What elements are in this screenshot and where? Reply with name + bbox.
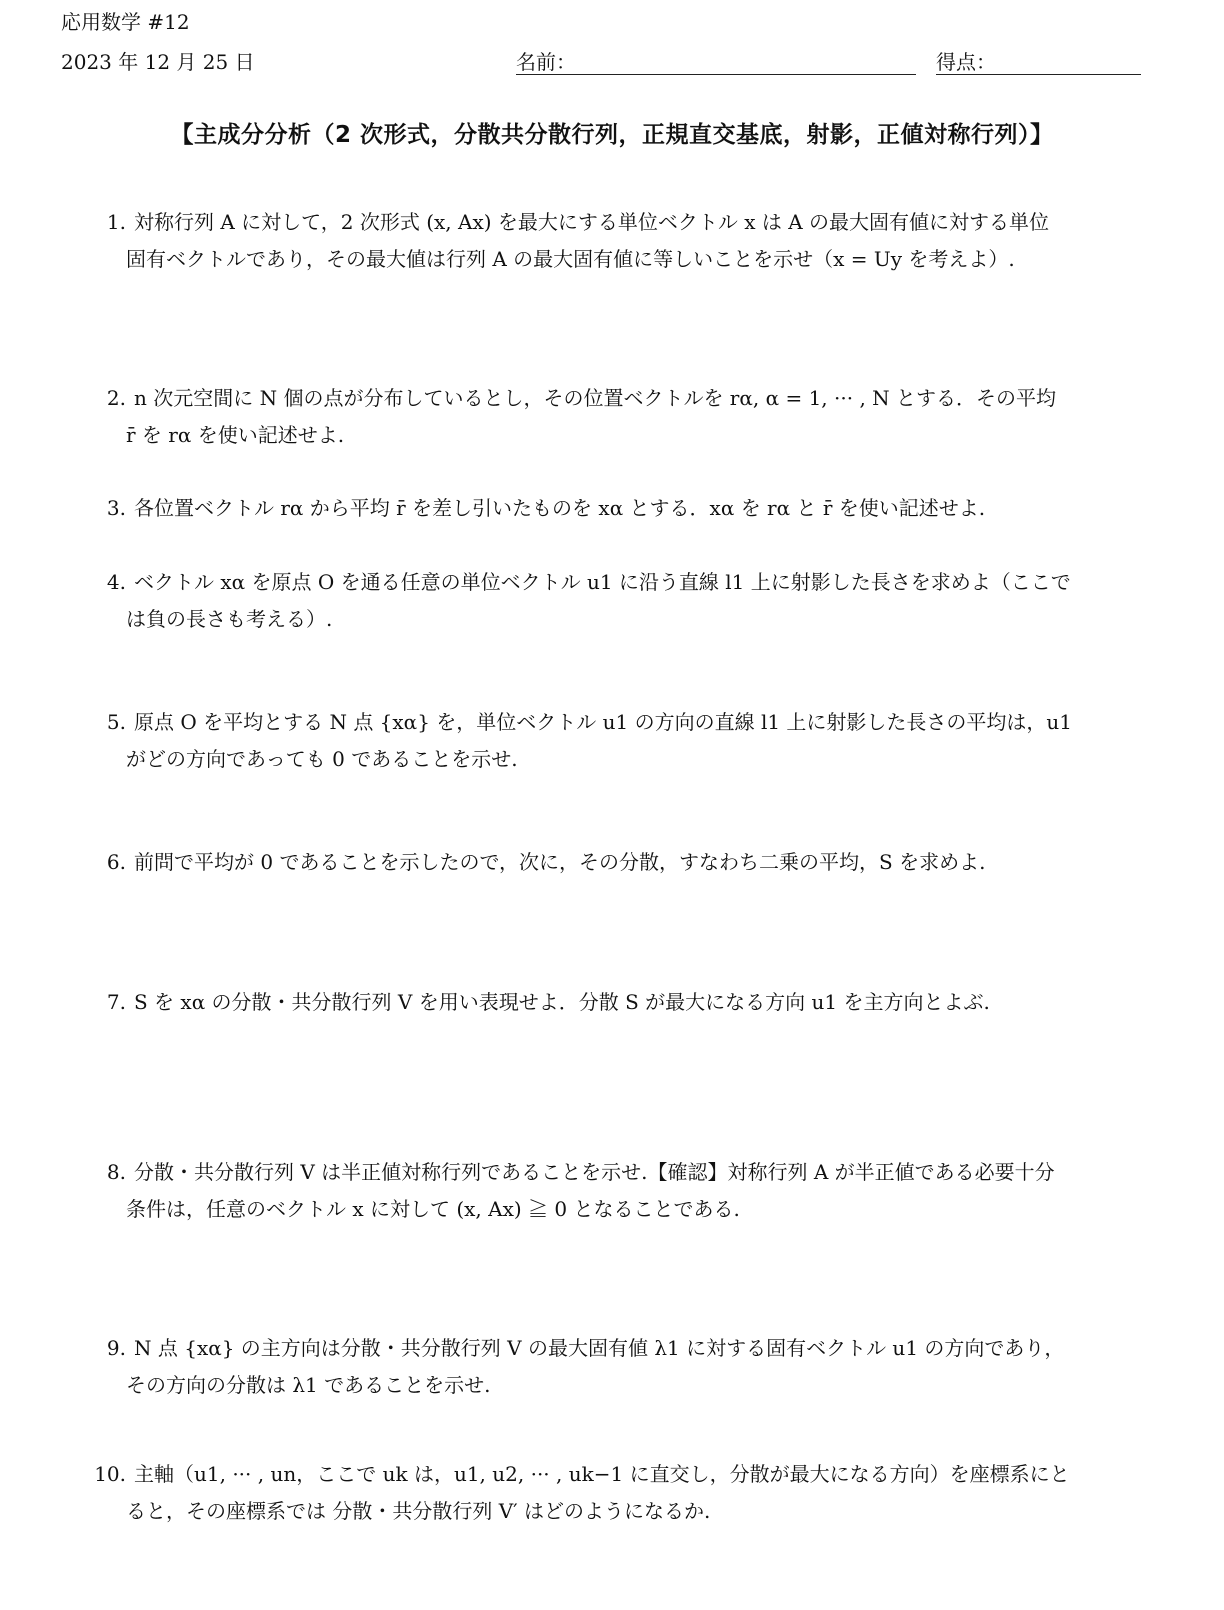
question-8: 8.分散・共分散行列 V は半正値対称行列であることを示せ.【確認】対称行列 A… <box>92 1154 1152 1228</box>
question-10: 10.主軸（u1, ··· , un，ここで uk は，u1, u2, ··· … <box>82 1456 1142 1530</box>
question-number: 6. <box>92 844 126 881</box>
question-6: 6.前問で平均が 0 であることを示したので，次に，その分散，すなわち二乗の平均… <box>92 844 1152 881</box>
question-text: S を xα の分散・共分散行列 V を用い表現せよ．分散 S が最大になる方向… <box>134 990 990 1014</box>
question-4: 4.ベクトル xα を原点 O を通る任意の単位ベクトル u1 に沿う直線 l1… <box>92 564 1152 638</box>
question-5: 5.原点 O を平均とする N 点 {xα} を，単位ベクトル u1 の方向の直… <box>92 704 1152 778</box>
question-number: 4. <box>92 564 126 601</box>
question-number: 3. <box>92 490 126 527</box>
question-3: 3.各位置ベクトル rα から平均 r̄ を差し引いたものを xα とする．xα… <box>92 490 1152 527</box>
question-text: 主軸（u1, ··· , un，ここで uk は，u1, u2, ··· , u… <box>134 1462 1070 1486</box>
question-number: 7. <box>92 984 126 1021</box>
question-text-cont: 固有ベクトルであり，その最大値は行列 A の最大固有値に等しいことを示せ（x =… <box>92 241 1152 278</box>
question-text-cont: r̄ を rα を使い記述せよ. <box>92 417 1152 454</box>
question-text-cont: その方向の分散は λ1 であることを示せ. <box>92 1367 1152 1404</box>
question-text-cont: 条件は，任意のベクトル x に対して (x, Ax) ≧ 0 となることである. <box>92 1191 1152 1228</box>
question-text: 分散・共分散行列 V は半正値対称行列であることを示せ.【確認】対称行列 A が… <box>134 1160 1055 1184</box>
question-text: ベクトル xα を原点 O を通る任意の単位ベクトル u1 に沿う直線 l1 上… <box>134 570 1071 594</box>
question-text-cont: ると，その座標系では 分散・共分散行列 V′ はどのようになるか. <box>82 1493 1142 1530</box>
question-text: 前問で平均が 0 であることを示したので，次に，その分散，すなわち二乗の平均，S… <box>134 850 985 874</box>
score-field[interactable]: 得点： <box>936 46 1141 75</box>
name-field[interactable]: 名前： <box>516 46 916 75</box>
name-label: 名前： <box>516 50 576 74</box>
question-1: 1.対称行列 A に対して，2 次形式 (x, Ax) を最大にする単位ベクトル… <box>92 204 1152 278</box>
score-label: 得点： <box>936 50 996 74</box>
question-2: 2.n 次元空間に N 個の点が分布しているとし，その位置ベクトルを rα, α… <box>92 380 1152 454</box>
exam-date: 2023 年 12 月 25 日 <box>61 46 255 75</box>
question-text: 各位置ベクトル rα から平均 r̄ を差し引いたものを xα とする．xα を… <box>134 496 985 520</box>
question-number: 1. <box>92 204 126 241</box>
question-text-cont: は負の長さも考える）. <box>92 601 1152 638</box>
question-text: N 点 {xα} の主方向は分散・共分散行列 V の最大固有値 λ1 に対する固… <box>134 1336 1064 1360</box>
question-number: 8. <box>92 1154 126 1191</box>
question-number: 2. <box>92 380 126 417</box>
question-text: 対称行列 A に対して，2 次形式 (x, Ax) を最大にする単位ベクトル x… <box>134 210 1049 234</box>
question-number: 5. <box>92 704 126 741</box>
question-text-cont: がどの方向であっても 0 であることを示せ. <box>92 741 1152 778</box>
question-text: n 次元空間に N 個の点が分布しているとし，その位置ベクトルを rα, α =… <box>134 386 1056 410</box>
question-number: 9. <box>92 1330 126 1367</box>
question-text: 原点 O を平均とする N 点 {xα} を，単位ベクトル u1 の方向の直線 … <box>134 710 1072 734</box>
page-title: 【主成分分析（2 次形式，分散共分散行列，正規直交基底，射影，正値対称行列）】 <box>0 116 1224 149</box>
course-title: 応用数学 #12 <box>61 6 190 35</box>
question-9: 9.N 点 {xα} の主方向は分散・共分散行列 V の最大固有値 λ1 に対す… <box>92 1330 1152 1404</box>
question-number: 10. <box>82 1456 126 1493</box>
question-7: 7.S を xα の分散・共分散行列 V を用い表現せよ．分散 S が最大になる… <box>92 984 1152 1021</box>
